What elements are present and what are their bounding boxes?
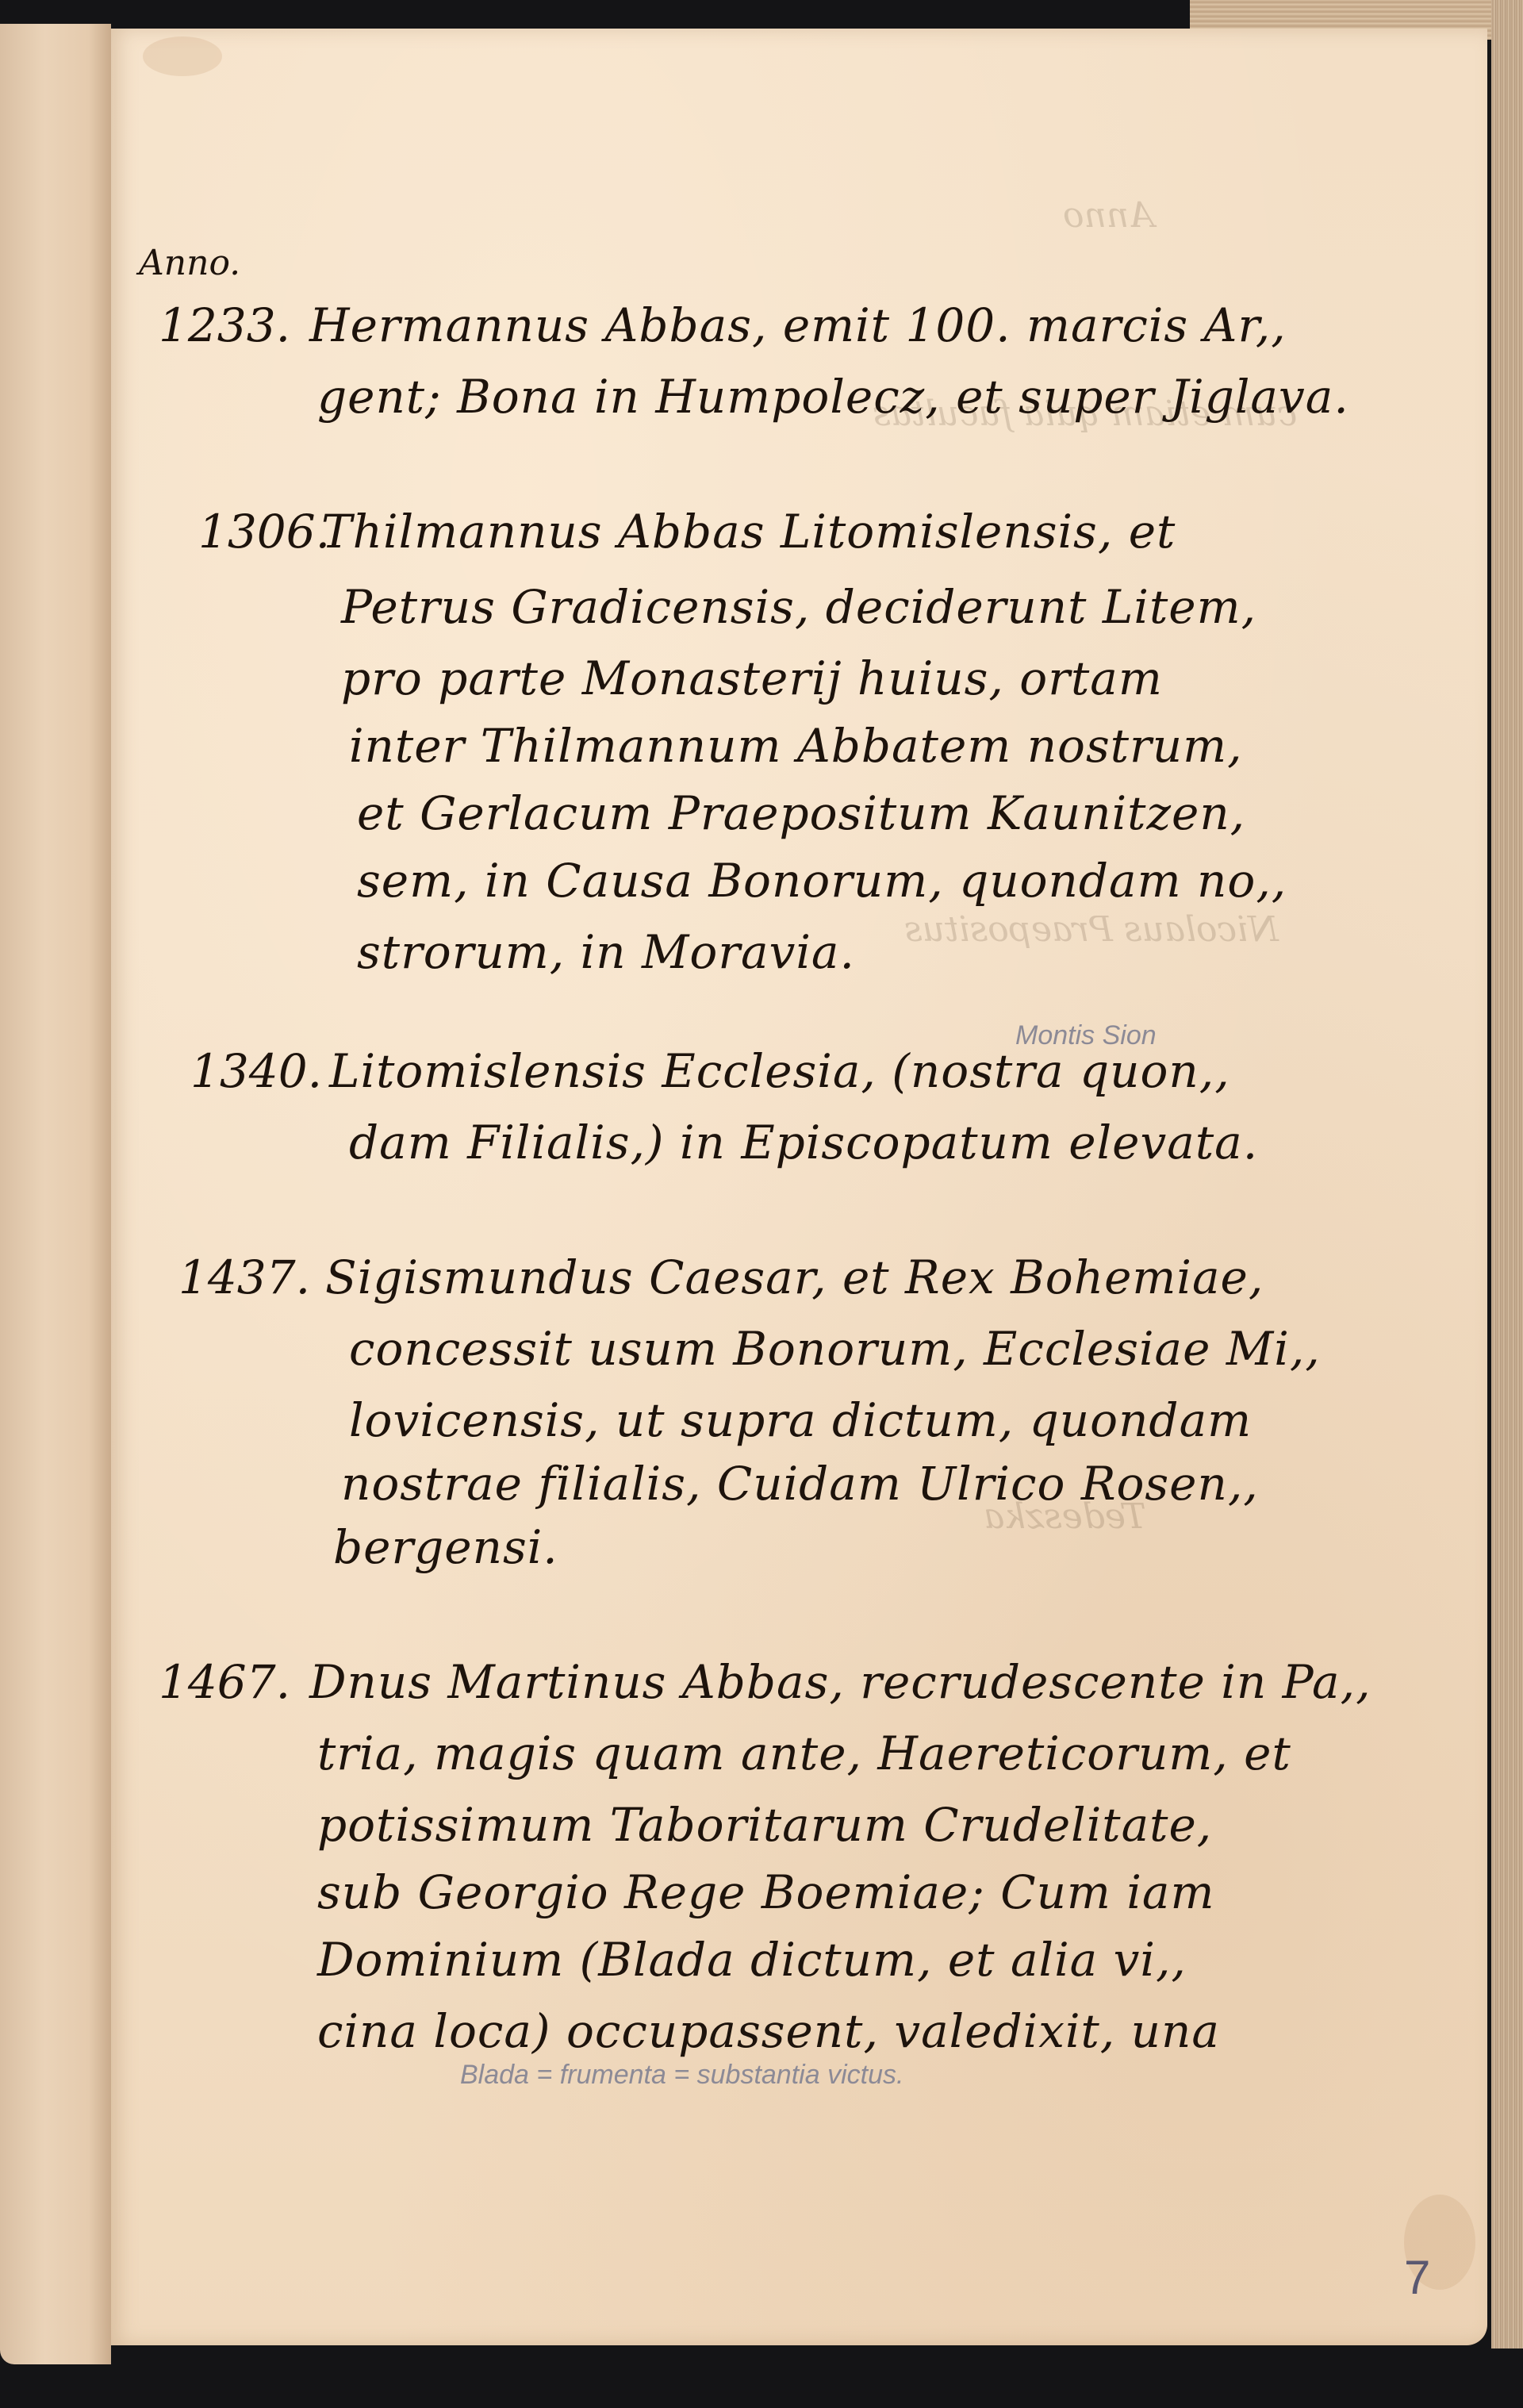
entry-year: 1233. — [159, 298, 290, 352]
folio-number: 7 — [1404, 2250, 1430, 2305]
manuscript-scan: Anno cum etiam quia facultas Nicolaus Pr… — [0, 0, 1523, 2408]
entry-line: Thilmannus Abbas Litomislensis, et — [321, 505, 1176, 559]
entry-line: Hermannus Abbas, emit 100. marcis Ar,, — [309, 298, 1287, 352]
entry-line: sub Georgio Rege Boemiae; Cum iam — [317, 1865, 1215, 1919]
entry-year: 1306. — [198, 505, 330, 559]
entry-line: Dominium (Blada dictum, et alia vi,, — [317, 1933, 1187, 1987]
entry-line: pro parte Monasterij huius, ortam — [341, 651, 1163, 705]
entry-line: concessit usum Bonorum, Ecclesiae Mi,, — [349, 1322, 1321, 1376]
entry-line: et Gerlacum Praepositum Kaunitzen, — [357, 786, 1245, 840]
entry-line: tria, magis quam ante, Haereticorum, et — [317, 1726, 1291, 1780]
manuscript-text: Anno. 1233. Hermannus Abbas, emit 100. m… — [111, 29, 1487, 2345]
entry-line: sem, in Causa Bonorum, quondam no,, — [357, 854, 1287, 908]
entry-line: potissimum Taboritarum Crudelitate, — [317, 1798, 1212, 1852]
entry-line: Dnus Martinus Abbas, recrudescente in Pa… — [309, 1655, 1371, 1709]
entry-line: gent; Bona in Humpolecz, et super Jiglav… — [317, 370, 1349, 424]
entry-line: cina loca) occupassent, valedixit, una — [317, 2004, 1220, 2058]
fore-edge-page-stack — [1491, 0, 1523, 2348]
entry-line: Litomislensis Ecclesia, (nostra quon,, — [329, 1044, 1230, 1098]
entry-year: 1340. — [190, 1044, 322, 1098]
anno-header: Anno. — [139, 243, 240, 283]
entry-line: Petrus Gradicensis, deciderunt Litem, — [341, 580, 1256, 634]
facing-page-edge — [0, 24, 111, 2364]
pencil-annotation-montis-sion: Montis Sion — [1015, 1020, 1157, 1051]
entry-line: strorum, in Moravia. — [357, 925, 855, 979]
manuscript-page: Anno cum etiam quia facultas Nicolaus Pr… — [111, 29, 1487, 2345]
pencil-footnote: Blada = frumenta = substantia victus. — [460, 2060, 903, 2091]
entry-line: Sigismundus Caesar, et Rex Bohemiae, — [325, 1250, 1264, 1304]
entry-line: dam Filialis,) in Episcopatum elevata. — [349, 1116, 1258, 1169]
entry-year: 1437. — [178, 1250, 310, 1304]
entry-line: lovicensis, ut supra dictum, quondam — [349, 1393, 1252, 1447]
entry-line: inter Thilmannum Abbatem nostrum, — [349, 719, 1243, 773]
entry-line: bergensi. — [333, 1520, 558, 1574]
entry-line: nostrae filialis, Cuidam Ulrico Rosen,, — [341, 1457, 1259, 1511]
entry-year: 1467. — [159, 1655, 290, 1709]
